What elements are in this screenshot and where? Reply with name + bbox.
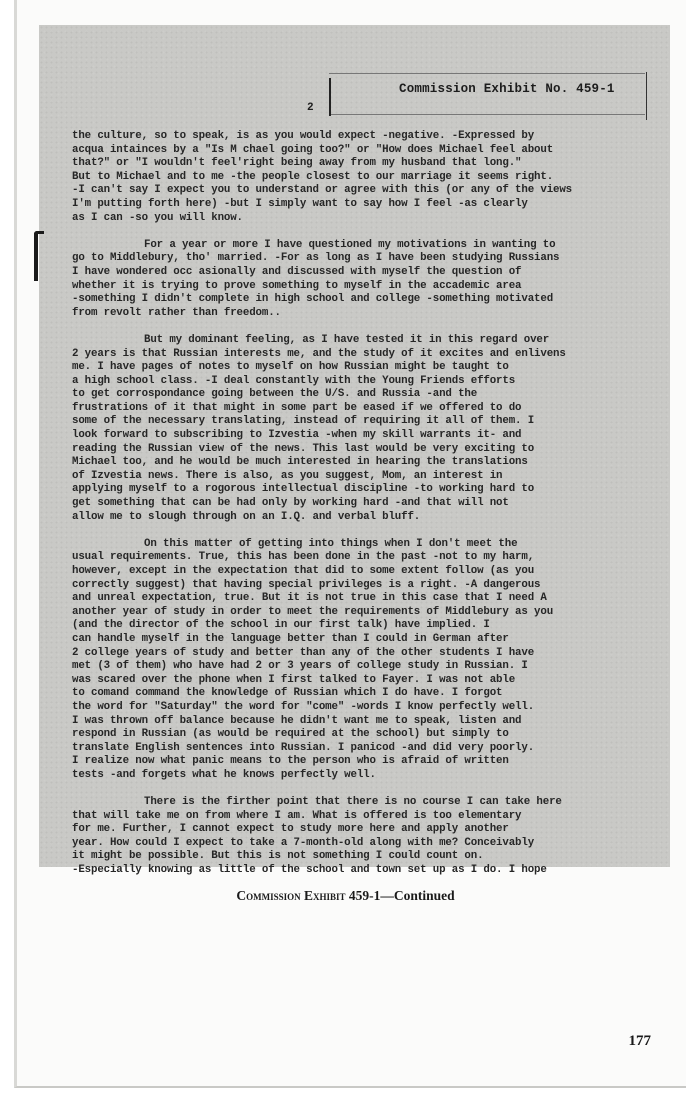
text-line: whether it is trying to prove something … <box>72 280 632 294</box>
paragraph-gap <box>72 225 632 239</box>
paragraph: the culture, so to speak, is as you woul… <box>72 130 632 225</box>
text-line: of Izvestia news. There is also, as you … <box>72 470 632 484</box>
text-line: applying myself to a rogorous intellectu… <box>72 483 632 497</box>
text-line: But my dominant feeling, as I have teste… <box>72 334 632 348</box>
text-line: however, except in the expectation that … <box>72 565 632 579</box>
text-line: frustrations of it that might in some pa… <box>72 402 632 416</box>
text-line: Michael too, and he would be much intere… <box>72 456 632 470</box>
paragraph-gap <box>72 783 632 797</box>
text-line: -I can't say I expect you to understand … <box>72 184 632 198</box>
paragraph: For a year or more I have questioned my … <box>72 239 632 321</box>
text-line: and unreal expectation, true. But it is … <box>72 592 632 606</box>
text-line: another year of study in order to meet t… <box>72 606 632 620</box>
text-line: -Especially knowing as little of the sch… <box>72 864 632 878</box>
exhibit-caption: Commission Exhibit 459-1—Continued <box>0 888 691 904</box>
text-line: some of the necessary translating, inste… <box>72 415 632 429</box>
paragraph-gap <box>72 320 632 334</box>
text-line: that will take me on from where I am. Wh… <box>72 810 632 824</box>
text-line: allow me to slough through on an I.Q. an… <box>72 511 632 525</box>
text-line: go to Middlebury, tho' married. -For as … <box>72 252 632 266</box>
text-line: as I can -so you will know. <box>72 212 632 226</box>
text-line: met (3 of them) who have had 2 or 3 year… <box>72 660 632 674</box>
text-line: year. How could I expect to take a 7-mon… <box>72 837 632 851</box>
text-line: tests -and forgets what he knows perfect… <box>72 769 632 783</box>
text-line: acqua intainces by a "Is M chael going t… <box>72 144 632 158</box>
text-line: On this matter of getting into things wh… <box>72 538 632 552</box>
margin-bracket-mark <box>34 231 44 281</box>
text-line: For a year or more I have questioned my … <box>72 239 632 253</box>
text-line: can handle myself in the language better… <box>72 633 632 647</box>
text-line: But to Michael and to me -the people clo… <box>72 171 632 185</box>
text-line: was scared over the phone when I first t… <box>72 674 632 688</box>
text-line: respond in Russian (as would be required… <box>72 728 632 742</box>
text-line: get something that can be had only by wo… <box>72 497 632 511</box>
paragraph: There is the firther point that there is… <box>72 796 632 878</box>
text-line: I was thrown off balance because he didn… <box>72 715 632 729</box>
text-line: for me. Further, I cannot expect to stud… <box>72 823 632 837</box>
text-line: a high school class. -I deal constantly … <box>72 375 632 389</box>
letter-page-number: 2 <box>307 102 314 114</box>
text-line: from revolt rather than freedom.. <box>72 307 632 321</box>
text-line: -something I didn't complete in high sch… <box>72 293 632 307</box>
text-line: the word for "Saturday" the word for "co… <box>72 701 632 715</box>
text-line: I'm putting forth here) -but I simply wa… <box>72 198 632 212</box>
text-line: (and the director of the school in our f… <box>72 619 632 633</box>
text-line: 2 years is that Russian interests me, an… <box>72 348 632 362</box>
text-line: to get corrospondance going between the … <box>72 388 632 402</box>
text-line: to comand command the knowledge of Russi… <box>72 687 632 701</box>
text-line: look forward to subscribing to Izvestia … <box>72 429 632 443</box>
caption-small-caps: Commission Exhibit <box>236 888 345 903</box>
text-line: translate English sentences into Russian… <box>72 742 632 756</box>
folio-page-number: 177 <box>629 1033 652 1050</box>
text-line: I realize now what panic means to the pe… <box>72 755 632 769</box>
paragraph-gap <box>72 524 632 538</box>
caption-rest: 459-1—Continued <box>346 888 455 903</box>
exhibit-header-box: Commission Exhibit No. 459-1 <box>329 73 645 115</box>
text-line: me. I have pages of notes to myself on h… <box>72 361 632 375</box>
paragraph: On this matter of getting into things wh… <box>72 538 632 783</box>
text-line: reading the Russian view of the news. Th… <box>72 443 632 457</box>
text-line: that?" or "I wouldn't feel'right being a… <box>72 157 632 171</box>
text-line: the culture, so to speak, is as you woul… <box>72 130 632 144</box>
text-line: usual requirements. True, this has been … <box>72 551 632 565</box>
text-line: There is the firther point that there is… <box>72 796 632 810</box>
text-line: I have wondered occ asionally and discus… <box>72 266 632 280</box>
exhibit-header: Commission Exhibit No. 459-1 <box>399 82 615 96</box>
paragraph: But my dominant feeling, as I have teste… <box>72 334 632 524</box>
text-line: correctly suggest) that having special p… <box>72 579 632 593</box>
text-line: 2 college years of study and better than… <box>72 647 632 661</box>
letter-body: the culture, so to speak, is as you woul… <box>72 130 632 878</box>
text-line: it might be possible. But this is not so… <box>72 850 632 864</box>
